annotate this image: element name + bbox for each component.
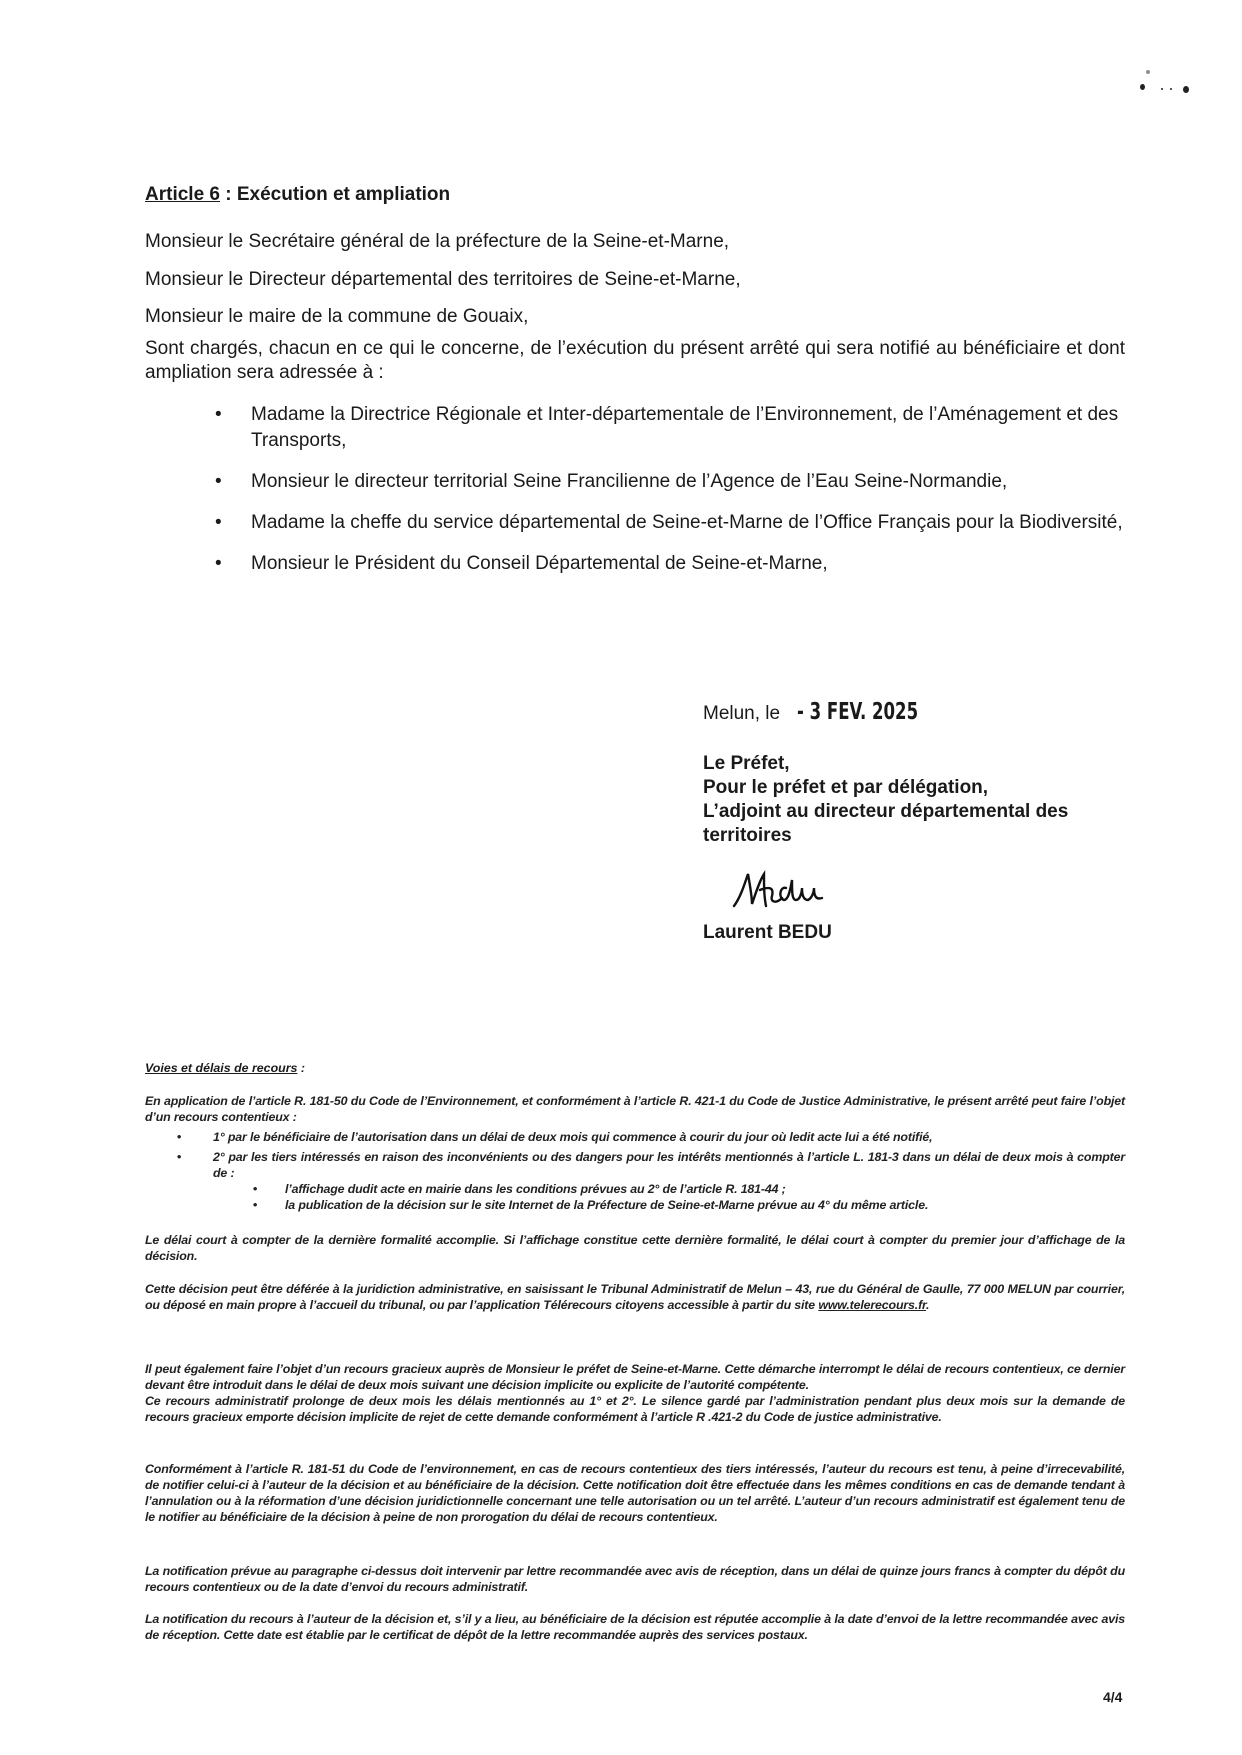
ampliation-list: Madame la Directrice Régionale et Inter-… <box>215 402 1125 592</box>
ampliation-item: Monsieur le directeur territorial Seine … <box>215 469 1125 495</box>
gracious-appeal-block: Il peut également faire l’objet d’un rec… <box>145 1361 1125 1425</box>
recourse-item: 1° par le bénéficiaire de l’autorisation… <box>177 1129 1125 1145</box>
notification-paragraph: Conformément à l’article R. 181-51 du Co… <box>145 1461 1125 1525</box>
ampliation-item: Madame la cheffe du service départementa… <box>215 510 1125 536</box>
addressee-1: Monsieur le Secrétaire général de la pré… <box>145 230 1125 254</box>
gracious-paragraph-1: Il peut également faire l’objet d’un rec… <box>145 1361 1125 1393</box>
ampliation-item: Madame la Directrice Régionale et Inter-… <box>215 402 1125 454</box>
recourse-subitem: la publication de la décision sur le sit… <box>253 1197 1125 1213</box>
gracious-paragraph-2: Ce recours administratif prolonge de deu… <box>145 1393 1125 1425</box>
registered-letter-paragraph: La notification prévue au paragraphe ci-… <box>145 1563 1125 1595</box>
date-stamp: - 3 FEV. 2025 <box>797 700 918 724</box>
date-line: Melun, le - 3 FEV. 2025 <box>703 700 949 726</box>
page-number: 4/4 <box>1103 1689 1122 1705</box>
article-title: Exécution et ampliation <box>237 184 450 205</box>
tribunal-paragraph: Cette décision peut être déférée à la ju… <box>145 1281 1125 1313</box>
charged-paragraph: Sont chargés, chacun en ce qui le concer… <box>145 337 1125 385</box>
signer-name: Laurent BEDU <box>703 922 832 944</box>
article-number: Article 6 <box>145 184 220 205</box>
place-prefix: Melun, le <box>703 703 780 724</box>
recourse-item: 2° par les tiers intéressés en raison de… <box>177 1149 1125 1213</box>
signatory-titles: Le Préfet, Pour le préfet et par délégat… <box>703 752 1123 848</box>
recourse-list: 1° par le bénéficiaire de l’autorisation… <box>145 1129 1125 1213</box>
telerecours-link[interactable]: www.telerecours.fr <box>818 1298 926 1312</box>
addressee-3: Monsieur le maire de la commune de Gouai… <box>145 305 1125 329</box>
deemed-notification-paragraph: La notification du recours à l’auteur de… <box>145 1611 1125 1643</box>
recourse-heading: Voies et délais de recours : <box>145 1061 305 1075</box>
recourse-intro: En application de l’article R. 181-50 du… <box>145 1093 1125 1125</box>
article-heading: Article 6 : Exécution et ampliation <box>145 184 450 206</box>
handwritten-signature <box>730 868 840 918</box>
recourse-sublist: l’affichage dudit acte en mairie dans le… <box>213 1181 1125 1213</box>
addressee-2: Monsieur le Directeur départemental des … <box>145 268 1125 292</box>
delay-paragraph: Le délai court à compter de la dernière … <box>145 1232 1125 1264</box>
ampliation-item: Monsieur le Président du Conseil Départe… <box>215 551 1125 577</box>
recourse-subitem: l’affichage dudit acte en mairie dans le… <box>253 1181 1125 1197</box>
recourse-intro-block: En application de l’article R. 181-50 du… <box>145 1093 1125 1213</box>
